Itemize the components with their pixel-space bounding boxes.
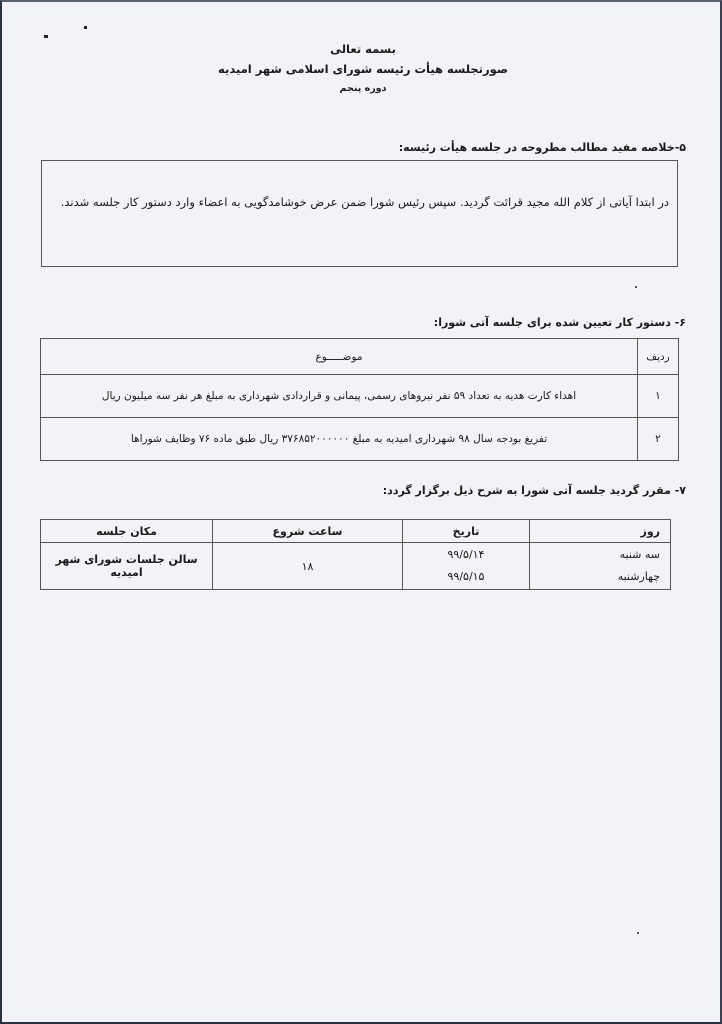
agenda-table: ردیف موضـــــوع ۱ اهداء کارت هدیه به تعد… — [40, 338, 679, 461]
table-row: ۱ اهداء کارت هدیه به تعداد ۵۹ نفر نیروها… — [41, 375, 679, 418]
meeting-schedule-table: روز تاریخ ساعت شروع مکان جلسه سه شنبه چه… — [40, 519, 671, 590]
date-value: ۹۹/۵/۱۴ — [404, 544, 528, 566]
scan-speck — [84, 26, 87, 29]
column-header-subject: موضـــــوع — [41, 339, 638, 375]
column-header-date: تاریخ — [403, 520, 530, 543]
column-header-location: مکان جلسه — [41, 520, 213, 543]
day-cell: سه شنبه چهارشنبه — [530, 543, 671, 590]
row-number: ۲ — [638, 418, 679, 461]
invocation: بسمه تعالی — [2, 42, 722, 56]
scan-speck — [637, 932, 639, 934]
table-row: سه شنبه چهارشنبه ۹۹/۵/۱۴ ۹۹/۵/۱۵ ۱۸ سالن… — [41, 543, 671, 590]
agenda-header-row: ردیف موضـــــوع — [41, 339, 679, 375]
section-7-title: ۷- مقرر گردید جلسه آتی شورا به شرح ذیل ب… — [383, 484, 686, 497]
start-time-cell: ۱۸ — [213, 543, 403, 590]
document-title: صورتجلسه هیأت رئیسه شورای اسلامی شهر امی… — [2, 62, 722, 76]
date-cell: ۹۹/۵/۱۴ ۹۹/۵/۱۵ — [403, 543, 530, 590]
schedule-header-row: روز تاریخ ساعت شروع مکان جلسه — [41, 520, 671, 543]
section-5-summary-box: در ابتدا آیاتی از کلام الله مجید قرائت گ… — [41, 160, 678, 267]
column-header-day: روز — [530, 520, 671, 543]
row-number: ۱ — [638, 375, 679, 418]
column-header-row-number: ردیف — [638, 339, 679, 375]
row-subject: تفریغ بودجه سال ۹۸ شهرداری امیدیه به مبل… — [41, 418, 638, 461]
section-5-title: ۵-خلاصه مفید مطالب مطروحه در جلسه هیأت ر… — [399, 141, 686, 154]
section-5-summary-text: در ابتدا آیاتی از کلام الله مجید قرائت گ… — [61, 195, 669, 209]
date-value: ۹۹/۵/۱۵ — [404, 566, 528, 588]
table-row: ۲ تفریغ بودجه سال ۹۸ شهرداری امیدیه به م… — [41, 418, 679, 461]
row-subject: اهداء کارت هدیه به تعداد ۵۹ نفر نیروهای … — [41, 375, 638, 418]
day-value: چهارشنبه — [531, 566, 660, 588]
section-6-title: ۶- دستور کار تعیین شده برای جلسه آتی شور… — [434, 316, 686, 329]
day-value: سه شنبه — [531, 544, 660, 566]
term-label: دوره پنجم — [2, 83, 722, 94]
scan-speck — [44, 35, 48, 38]
scan-speck — [635, 286, 637, 288]
document-page: بسمه تعالی صورتجلسه هیأت رئیسه شورای اسل… — [0, 0, 722, 1024]
location-cell: سالن جلسات شورای شهر امیدیه — [41, 543, 213, 590]
column-header-start-time: ساعت شروع — [213, 520, 403, 543]
